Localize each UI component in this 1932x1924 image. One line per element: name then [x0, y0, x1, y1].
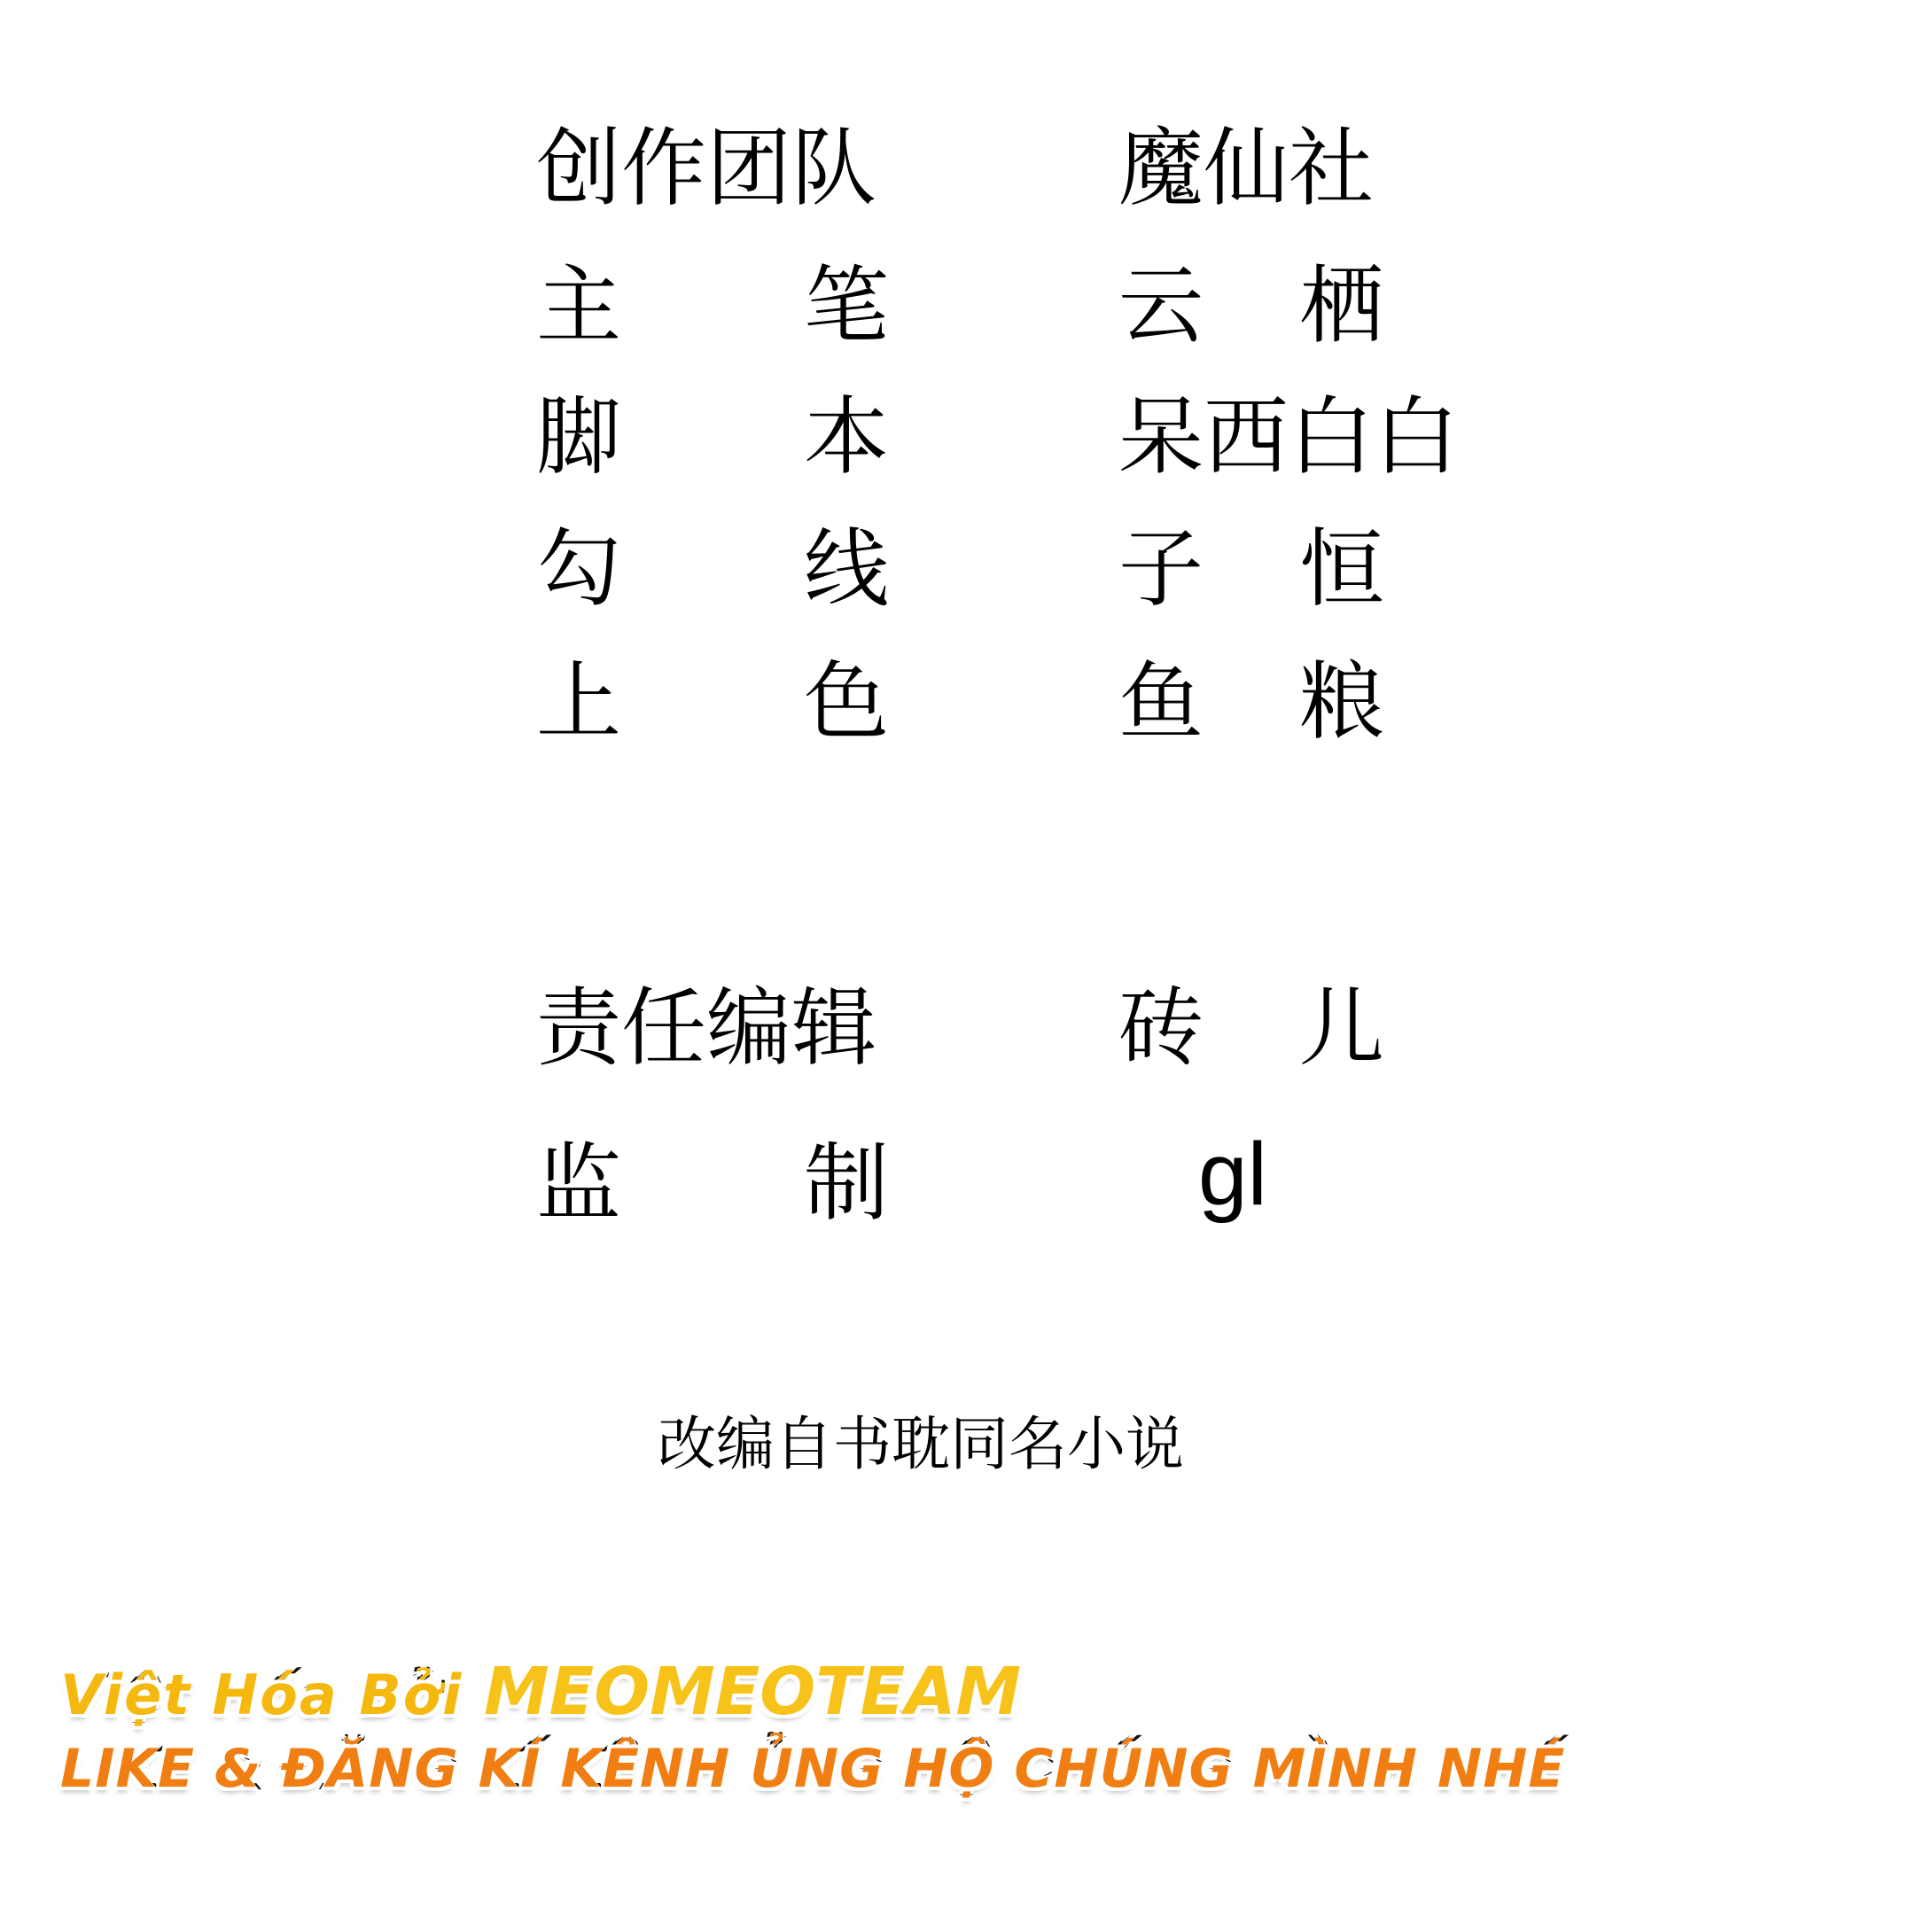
- credit-row-editor: 责任编辑 砖 儿: [0, 979, 1932, 1077]
- credit-row-lineart: 勾 线 子 恒: [0, 520, 1932, 618]
- watermark-team-name: MEOMEOTEAM: [484, 1654, 1021, 1730]
- lead-artist-name: 云 栖: [1118, 257, 1384, 354]
- team-label: 创作团队: [536, 120, 891, 217]
- watermark-line-1: Việt Hóa Bởi MEOMEOTEAM: [60, 1655, 1565, 1732]
- coloring-label: 上 色: [536, 653, 889, 751]
- team-name: 魔仙社: [1118, 120, 1374, 217]
- credit-row-producer: 监 制 gl: [0, 1134, 1932, 1232]
- scanlation-watermark: Việt Hóa Bởi MEOMEOTEAM LIKE & ĐĂNG KÍ K…: [60, 1655, 1565, 1806]
- script-label: 脚 本: [536, 388, 889, 486]
- watermark-line-2: LIKE & ĐĂNG KÍ KÊNH ỦNG HỘ CHÚNG MÌNH NH…: [60, 1732, 1565, 1806]
- coloring-name: 鱼 粮: [1118, 653, 1384, 751]
- lineart-name: 子 恒: [1118, 520, 1384, 618]
- producer-name: gl: [1198, 1126, 1267, 1223]
- lineart-label: 勾 线: [536, 520, 889, 618]
- script-name: 呆西白白: [1118, 388, 1459, 486]
- editor-name: 砖 儿: [1118, 979, 1384, 1077]
- credit-row-script: 脚 本 呆西白白: [0, 388, 1932, 486]
- editor-label: 责任编辑: [536, 979, 891, 1077]
- credit-row-team: 创作团队 魔仙社: [0, 120, 1932, 217]
- credit-row-coloring: 上 色 鱼 粮: [0, 653, 1932, 751]
- lead-artist-label: 主 笔: [536, 257, 889, 354]
- producer-label: 监 制: [536, 1134, 889, 1232]
- adaptation-note-text: 改编自书耽同名小说: [658, 1409, 1184, 1480]
- watermark-credit-prefix: Việt Hóa Bởi: [60, 1663, 484, 1727]
- credit-row-lead-artist: 主 笔 云 栖: [0, 257, 1932, 354]
